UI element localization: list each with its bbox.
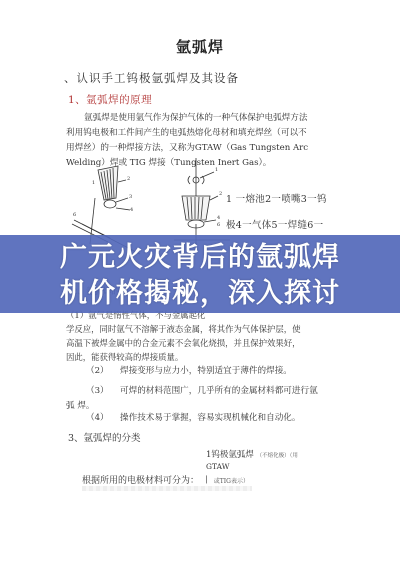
advantage-item-4: （4）操作技术易于掌握，容易实现机械化和自动化。	[86, 411, 300, 423]
classification-item-note: （不熔化极）（用	[257, 453, 298, 459]
faded-text-line	[82, 486, 252, 491]
headline-line-2: 机价格揭秘，深入探讨	[0, 276, 400, 312]
advantage-1-paragraph: 学反应，同时氩气不溶解于液态金属，将其作为气体保护层，使 高温下被焊金属中的合金…	[66, 322, 346, 364]
diagram-caption-line-2: 极4一气体5一焊缝6一	[226, 217, 323, 231]
classification-item-label: 1钨极氩弧焊	[206, 450, 254, 460]
classification-base-label: 根据所用的电极材料可分为：	[82, 476, 199, 486]
svg-text:6: 6	[217, 222, 220, 228]
subsection-heading-classification: 3、氩弧焊的分类	[68, 430, 141, 444]
svg-text:2: 2	[219, 191, 222, 197]
advantage-text: 操作技术易于掌握，容易实现机械化和自动化。	[120, 413, 300, 423]
advantage-number: （4）	[86, 411, 120, 423]
diagram-caption-line-1: 1 一熔池2一喷嘴3一钨	[226, 191, 327, 205]
classification-note-2: 或TIG表示）	[214, 478, 249, 485]
advantage-1-line: 学反应，同时氩气不溶解于液态金属，将其作为气体保护层，使	[66, 322, 346, 336]
classification-abbr: GTAW	[206, 462, 229, 471]
svg-text:3: 3	[129, 194, 132, 200]
section-heading-1: 、认识手工钨极氩弧焊及其设备	[64, 70, 239, 86]
advantage-number: （2）	[86, 364, 120, 376]
intro-line: 氩弧焊是使用氩气作为保护气体的一种气体保护电弧焊方法	[66, 111, 334, 126]
advantage-item-2: （2）焊接变形与应力小，特别适宜于薄件的焊接。	[86, 364, 292, 376]
advantage-item-3-continuation: 弧 焊。	[66, 399, 95, 411]
subsection-heading-principle: 1、氩弧焊的原理	[68, 92, 152, 107]
advantage-text: 可焊的材料范围广，几乎所有的金属材料都可进行氩	[120, 386, 318, 396]
document-title: 氩弧焊	[0, 36, 400, 57]
svg-text:4: 4	[217, 215, 220, 221]
classification-item-1: 1钨极氩弧焊 （不熔化极）（用	[206, 448, 298, 460]
classification-base-text: 根据所用的电极材料可分为： 〡 或TIG表示）	[82, 473, 249, 486]
svg-text:4: 4	[130, 207, 133, 213]
intro-line: 用焊丝）的一种焊接方法，又称为GTAW（Gas Tungsten Arc	[66, 141, 334, 156]
headline-line-1: 广元火灾背后的氩弧焊	[0, 240, 400, 276]
intro-line: 利用钨电极和工件间产生的电弧热熔化母材和填充焊丝（可以不	[66, 126, 334, 141]
advantage-item-3: （3）可焊的材料范围广，几乎所有的金属材料都可进行氩	[86, 384, 318, 396]
svg-text:2: 2	[127, 176, 130, 182]
svg-text:1: 1	[215, 167, 218, 173]
svg-text:6: 6	[73, 212, 76, 218]
svg-text:1: 1	[92, 180, 95, 186]
advantage-1-line: 高温下被焊金属中的合金元素不会氧化烧损，并且保护效果好，	[66, 336, 346, 350]
headline-text: 广元火灾背后的氩弧焊 机价格揭秘，深入探讨	[0, 240, 400, 312]
advantage-1-line: 因此，能获得较高的焊接质量。	[66, 350, 346, 364]
advantage-text: 焊接变形与应力小，特别适宜于薄件的焊接。	[120, 366, 292, 376]
advantage-number: （3）	[86, 384, 120, 396]
bracket-glyph: 〡	[202, 476, 211, 486]
